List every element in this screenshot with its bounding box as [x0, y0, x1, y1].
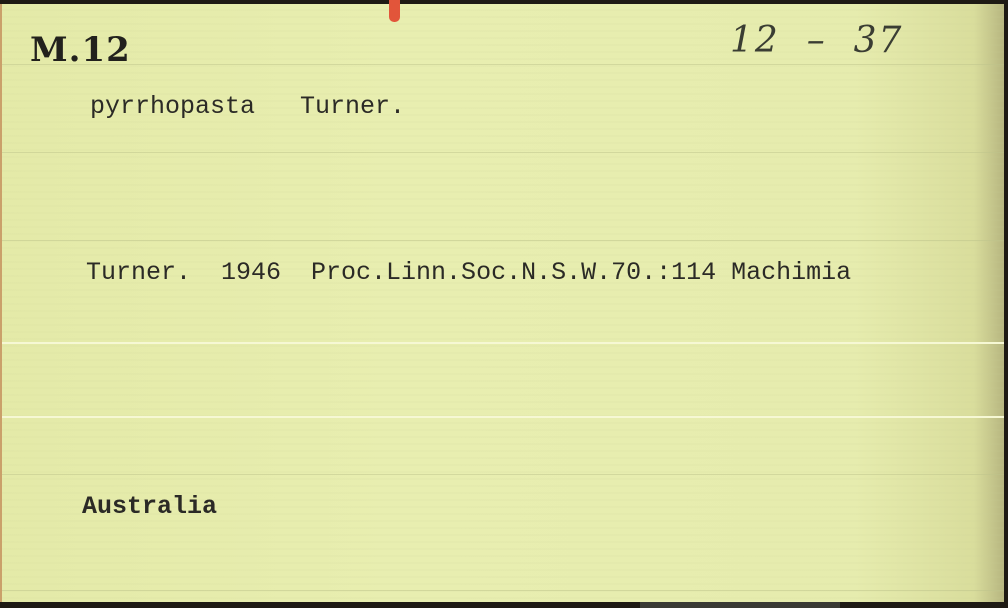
ruled-line [2, 342, 1004, 344]
index-card: M.12 12 – 37 pyrrhopasta Turner. Turner.… [0, 4, 1004, 602]
red-tab-marker [389, 0, 400, 22]
locality: Australia [82, 492, 217, 521]
handwritten-number: 12 – 37 [730, 20, 903, 61]
ruled-line [2, 64, 1004, 65]
taxon-name: pyrrhopasta Turner. [90, 92, 405, 121]
literature-reference: Turner. 1946 Proc.Linn.Soc.N.S.W.70.:114… [86, 258, 851, 287]
specimen-code: M.12 [30, 30, 131, 70]
ruled-line [2, 416, 1004, 418]
ruled-line [2, 240, 1004, 241]
card-edge-shadow [640, 602, 840, 608]
ruled-line [2, 590, 1004, 591]
ruled-line [2, 152, 1004, 153]
ruled-line [2, 474, 1004, 475]
